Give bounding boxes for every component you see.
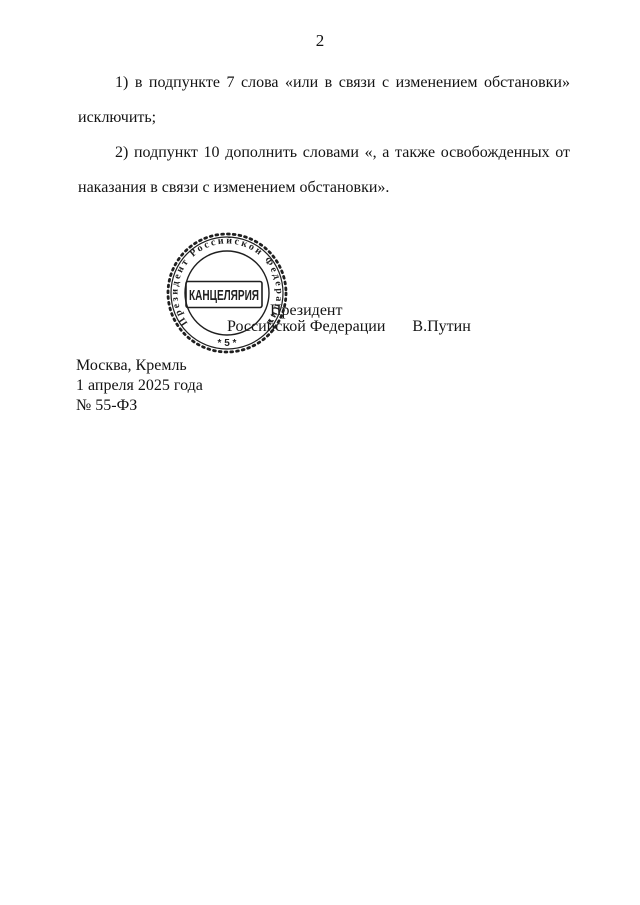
signer-name: В.Путин: [412, 319, 470, 335]
paragraph-2-line-1: 2) подпункт 10 дополнить словами «, а та…: [78, 143, 570, 163]
issuance-place: Москва, Кремль: [76, 356, 203, 376]
issuance-block: Москва, Кремль 1 апреля 2025 года № 55-Ф…: [76, 356, 203, 416]
signer-title: Президент Российской Федерации: [227, 303, 385, 335]
signer-title-line-2: Российской Федерации: [227, 319, 385, 335]
chancellery-stamp-graphic: Президент Российской Федерации * 5 * КАН…: [162, 228, 292, 358]
paragraph-1-line-1: 1) в подпункте 7 слова «или в связи с из…: [78, 73, 570, 93]
issuance-date: 1 апреля 2025 года: [76, 376, 203, 396]
stamp-center-label: КАНЦЕЛЯРИЯ: [189, 287, 259, 304]
signer-title-line-1: Президент: [227, 303, 385, 319]
signature-block: Президент Российской Федерации В.Путин: [227, 303, 471, 335]
stamp-bottom-number: * 5 *: [218, 338, 237, 349]
page-number: 2: [0, 31, 640, 51]
chancellery-stamp: Президент Российской Федерации * 5 * КАН…: [162, 228, 292, 358]
paragraph-1-line-2: исключить;: [78, 108, 570, 128]
paragraph-2-line-2: наказания в связи с изменением обстановк…: [78, 178, 570, 198]
document-page: 2 1) в подпункте 7 слова «или в связи с …: [0, 0, 640, 905]
document-number: № 55-ФЗ: [76, 396, 203, 416]
